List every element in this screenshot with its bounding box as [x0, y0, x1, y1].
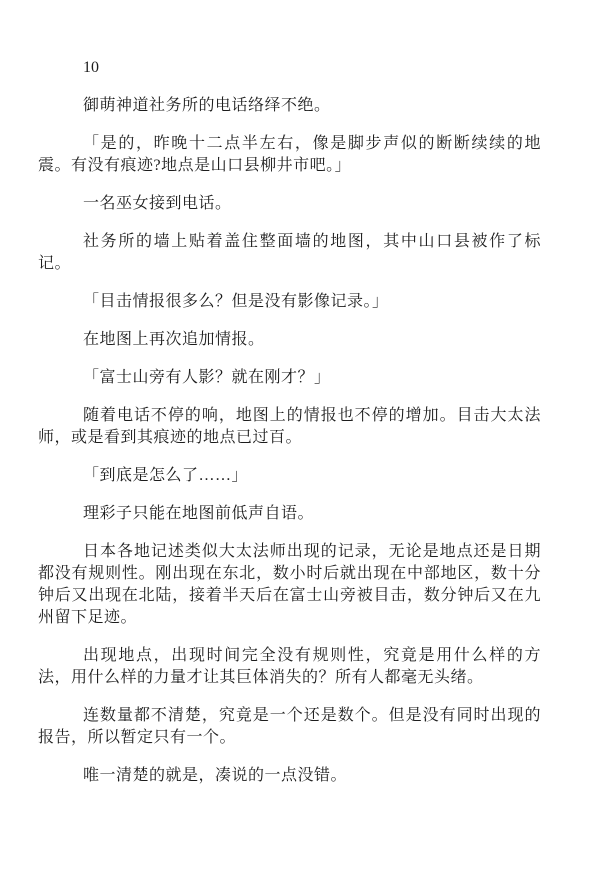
paragraph: 「富士山旁有人影？就在刚才？」 [38, 367, 541, 389]
paragraph: 唯一清楚的就是，凑说的一点没错。 [38, 765, 541, 787]
paragraph: 一名巫女接到电话。 [38, 193, 541, 215]
paragraph: 出现地点，出现时间完全没有规则性，究竟是用什么样的方法，用什么样的力量才让其巨体… [38, 645, 541, 689]
paragraph: 日本各地记述类似大太法师出现的记录，无论是地点还是日期都没有规则性。刚出现在东北… [38, 541, 541, 629]
document-page: 10 御萌神道社务所的电话络绎不绝。 「是的，昨晚十二点半左右，像是脚步声似的断… [0, 0, 613, 869]
paragraph: 「是的，昨晚十二点半左右，像是脚步声似的断断续续的地震。有没有痕迹?地点是山口县… [38, 133, 541, 177]
paragraph: 理彩子只能在地图前低声自语。 [38, 503, 541, 525]
page-number: 10 [38, 57, 541, 79]
paragraph: 「到底是怎么了……」 [38, 465, 541, 487]
paragraph: 随着电话不停的响，地图上的情报也不停的增加。目击大太法师，或是看到其痕迹的地点已… [38, 405, 541, 449]
paragraph: 社务所的墙上贴着盖住整面墙的地图，其中山口县被作了标记。 [38, 231, 541, 275]
paragraph: 连数量都不清楚，究竟是一个还是数个。但是没有同时出现的报告，所以暂定只有一个。 [38, 705, 541, 749]
paragraph: 御萌神道社务所的电话络绎不绝。 [38, 95, 541, 117]
paragraph: 「目击情报很多么？但是没有影像记录。」 [38, 291, 541, 313]
paragraph: 在地图上再次追加情报。 [38, 329, 541, 351]
